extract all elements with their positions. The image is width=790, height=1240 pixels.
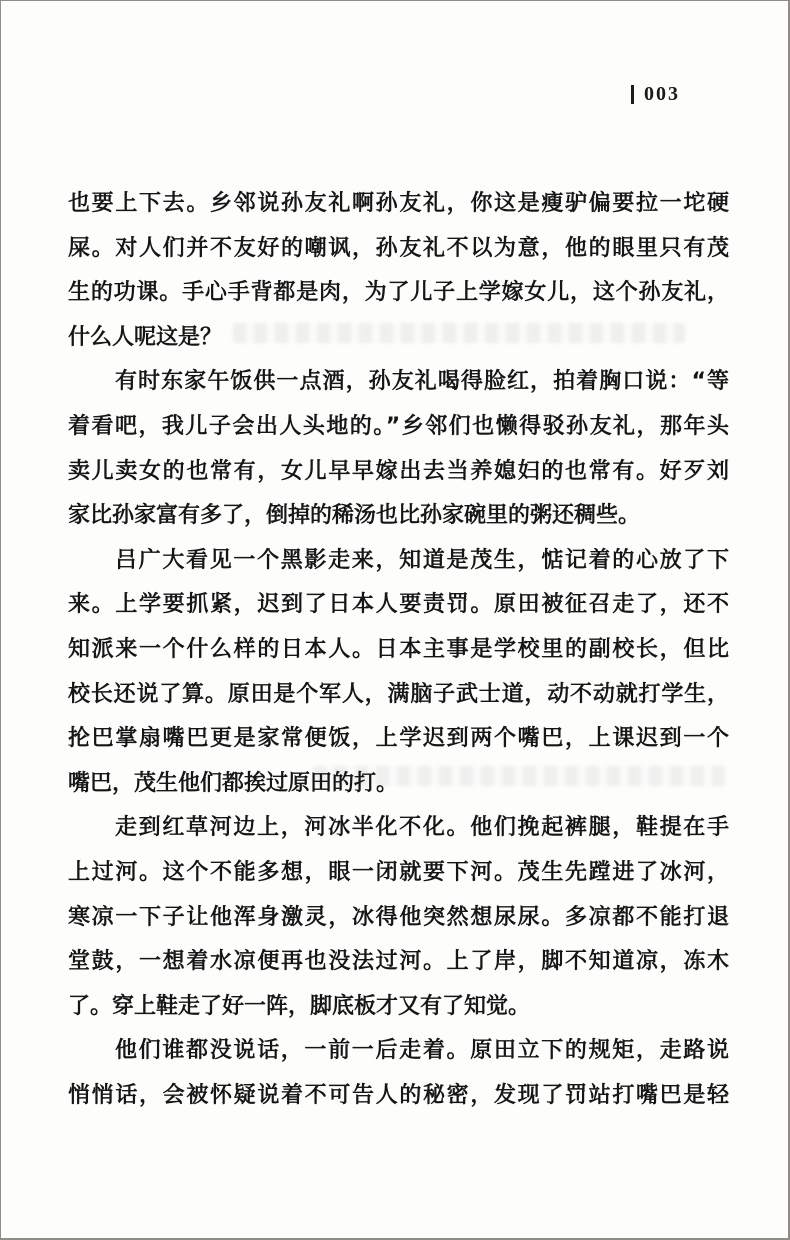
text-line: 什么人呢这是？	[68, 316, 729, 361]
book-page: 003 也要上下去。乡邻说孙友礼啊孙友礼，你这是瘦驴偏要拉一坨硬屎。对人们并不友…	[0, 0, 790, 1240]
page-number-divider-bar	[631, 85, 634, 104]
text-line: 屎。对人们并不友好的嘲讽，孙友礼不以为意，他的眼里只有茂	[68, 227, 729, 272]
page-number: 003	[644, 83, 680, 105]
text-line: 着看吧，我儿子会出人头地的。”乡邻们也懒得驳孙友礼，那年头	[68, 405, 729, 450]
text-line: 生的功课。手心手背都是肉，为了儿子上学嫁女儿，这个孙友礼，	[68, 271, 729, 316]
text-line: 卖儿卖女的也常有，女儿早早嫁出去当养媳妇的也常有。好歹刘	[68, 450, 729, 495]
text-line: 悄悄话，会被怀疑说着不可告人的秘密，发现了罚站打嘴巴是轻	[68, 1074, 729, 1119]
text-line: 来。上学要抓紧，迟到了日本人要责罚。原田被征召走了，还不	[68, 583, 729, 628]
text-line: 堂鼓，一想着水凉便再也没法过河。上了岸，脚不知道凉，冻木	[68, 940, 729, 985]
text-line: 走到红草河边上，河冰半化不化。他们挽起裤腿，鞋提在手	[68, 806, 729, 851]
text-line: 吕广大看见一个黑影走来，知道是茂生，惦记着的心放了下	[68, 539, 729, 584]
text-line: 抡巴掌扇嘴巴更是家常便饭，上学迟到两个嘴巴，上课迟到一个	[68, 717, 729, 762]
text-lines: 也要上下去。乡邻说孙友礼啊孙友礼，你这是瘦驴偏要拉一坨硬屎。对人们并不友好的嘲讽…	[68, 182, 729, 1118]
text-line: 了。穿上鞋走了好一阵，脚底板才又有了知觉。	[68, 985, 729, 1030]
text-line: 他们谁都没说话，一前一后走着。原田立下的规矩，走路说	[68, 1029, 729, 1074]
text-line: 也要上下去。乡邻说孙友礼啊孙友礼，你这是瘦驴偏要拉一坨硬	[68, 182, 729, 227]
text-line: 有时东家午饭供一点酒，孙友礼喝得脸红，拍着胸口说：“等	[68, 360, 729, 405]
page-header: 003	[631, 83, 680, 105]
text-line: 嘴巴，茂生他们都挨过原田的打。	[68, 762, 729, 807]
text-line: 家比孙家富有多了，倒掉的稀汤也比孙家碗里的粥还稠些。	[68, 494, 729, 539]
text-line: 上过河。这个不能多想，眼一闭就要下河。茂生先蹚进了冰河，	[68, 851, 729, 896]
text-line: 校长还说了算。原田是个军人，满脑子武士道，动不动就打学生，	[68, 673, 729, 718]
text-line: 知派来一个什么样的日本人。日本主事是学校里的副校长，但比	[68, 628, 729, 673]
text-line: 寒凉一下子让他浑身激灵，冰得他突然想尿尿。多凉都不能打退	[68, 896, 729, 941]
